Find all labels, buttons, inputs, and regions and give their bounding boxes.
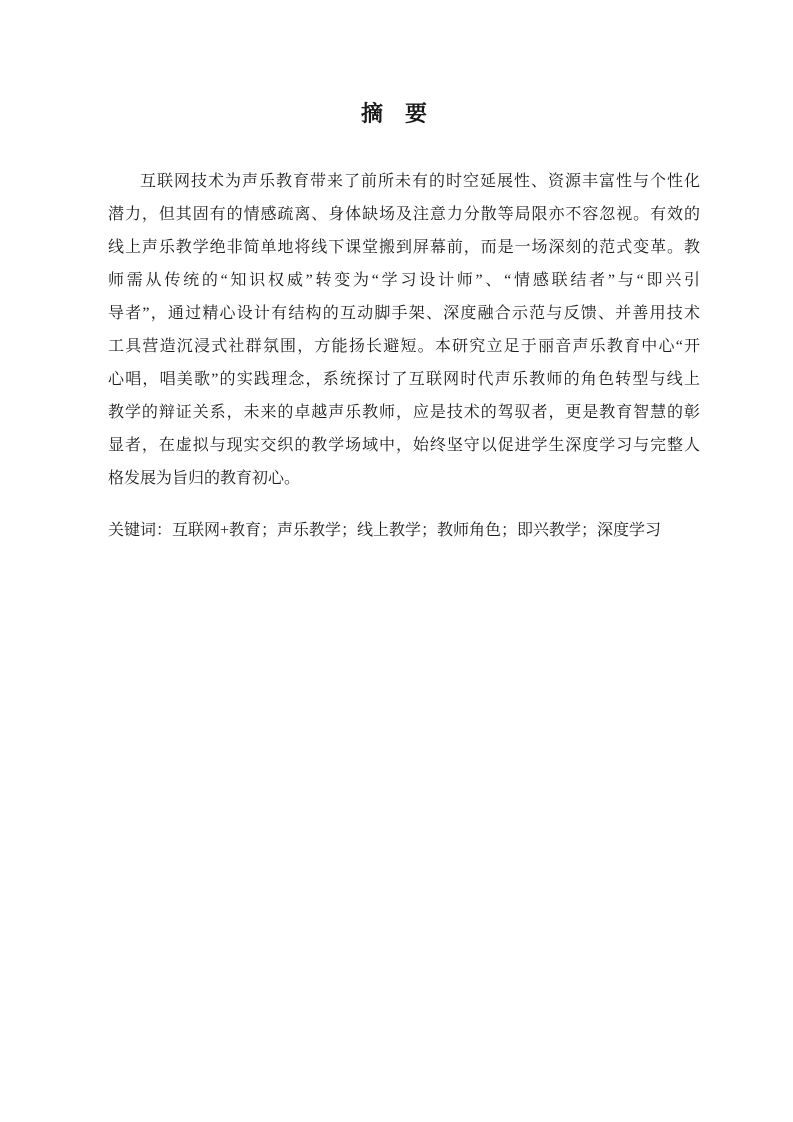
paragraph-line: 工具营造沉浸式社群氛围，方能扬长避短。本研究立足于丽音声乐教育中心“开 <box>108 330 700 363</box>
paragraph-line: 显者，在虚拟与现实交织的教学场域中，始终坚守以促进学生深度学习与完整人 <box>108 429 700 462</box>
document-page: 摘 要 互联网技术为声乐教育带来了前所未有的时空延展性、资源丰富性与个性化潜力，… <box>0 0 793 1122</box>
paragraph-line: 心唱，唱美歌”的实践理念，系统探讨了互联网时代声乐教师的角色转型与线上 <box>108 363 700 396</box>
paragraph-line: 导者”，通过精心设计有结构的互动脚手架、深度融合示范与反馈、并善用技术 <box>108 297 700 330</box>
keywords-line: 关键词：互联网+教育；声乐教学；线上教学；教师角色；即兴教学；深度学习 <box>108 514 700 547</box>
paragraph-line: 格发展为旨归的教育初心。 <box>108 462 700 495</box>
paragraph-line: 师需从传统的“知识权威”转变为“学习设计师”、“情感联结者”与“即兴引 <box>108 264 700 297</box>
paragraph-line: 互联网技术为声乐教育带来了前所未有的时空延展性、资源丰富性与个性化 <box>108 165 700 198</box>
abstract-paragraph: 互联网技术为声乐教育带来了前所未有的时空延展性、资源丰富性与个性化潜力，但其固有… <box>108 165 700 495</box>
paragraph-line: 线上声乐教学绝非简单地将线下课堂搬到屏幕前，而是一场深刻的范式变革。教 <box>108 231 700 264</box>
abstract-title: 摘 要 <box>98 97 690 130</box>
paragraph-line: 潜力，但其固有的情感疏离、身体缺场及注意力分散等局限亦不容忽视。有效的 <box>108 198 700 231</box>
paragraph-line: 教学的辩证关系，未来的卓越声乐教师，应是技术的驾驭者，更是教育智慧的彰 <box>108 396 700 429</box>
